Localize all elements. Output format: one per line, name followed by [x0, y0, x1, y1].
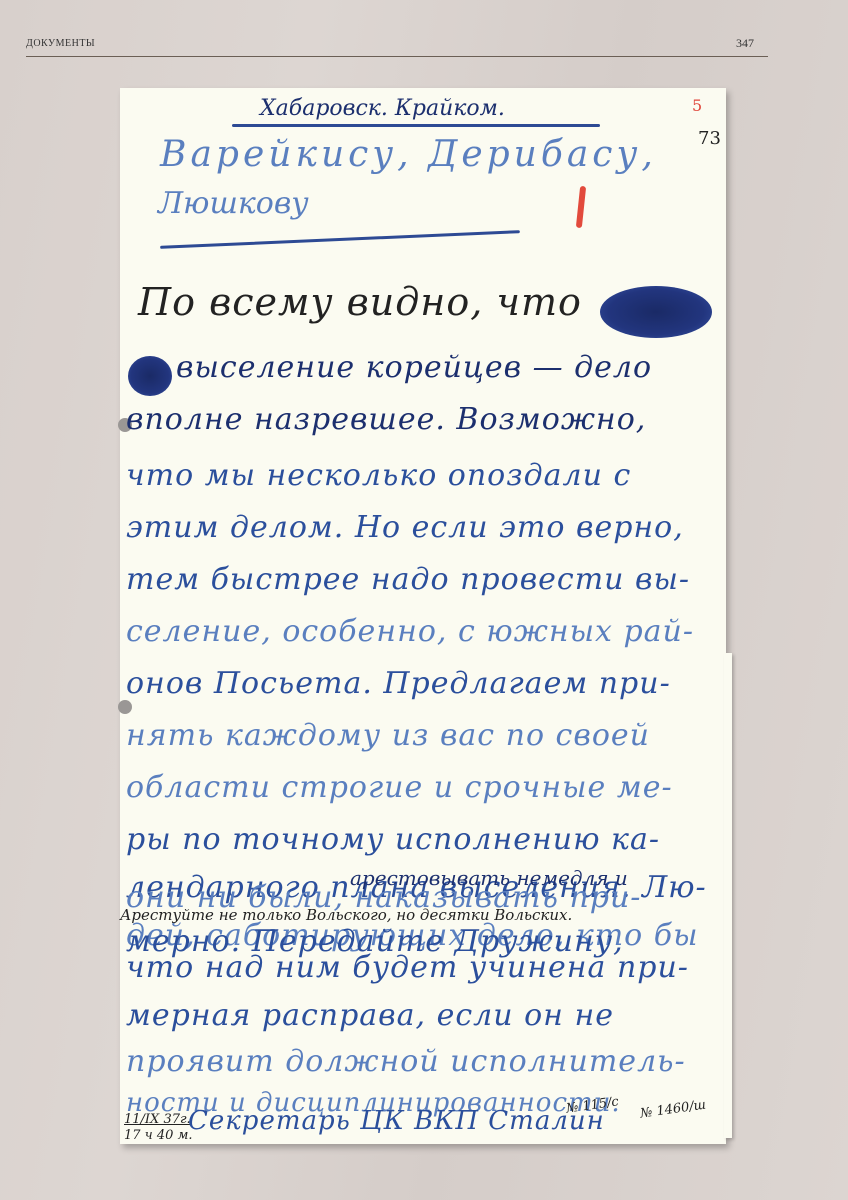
body-line: мерная расправа, если он не — [126, 998, 614, 1033]
signature: Секретарь ЦК ВКП Сталин — [188, 1106, 605, 1136]
body-line: области строгие и срочные ме- — [126, 770, 673, 805]
ink-blot-scribble — [600, 286, 712, 338]
received-time: 17 ч 40 м. — [124, 1128, 192, 1143]
red-pencil-mark — [576, 186, 586, 228]
recipients-line-2: Люшкову — [158, 186, 309, 221]
body-line: нять каждому из вас по своей — [126, 718, 650, 753]
address-line: Хабаровск. Крайком. — [260, 96, 505, 121]
page-number: 347 — [736, 36, 754, 51]
body-line: селение, особенно, с южных рай- — [126, 614, 694, 649]
body-line: тем быстрее надо провести вы- — [126, 562, 690, 597]
torn-edge — [724, 653, 732, 1138]
ink-blot-scribble — [128, 356, 172, 396]
recipients-underline — [160, 230, 520, 249]
punch-hole — [118, 700, 132, 714]
running-head-section: ДОКУМЕНТЫ — [26, 38, 95, 49]
body-line: онов Посьета. Предлагаем при- — [126, 666, 671, 701]
body-line: По всему видно, что — [138, 280, 582, 324]
recipients-line-1: Варейкису, Дерибасу, — [160, 134, 657, 175]
body-line: проявит должной исполнитель- — [126, 1044, 686, 1079]
insertion-black-ink: Арестуйте не только Вольского, но десятк… — [120, 906, 572, 924]
received-date: 11/IX 37г. — [124, 1112, 191, 1127]
body-line: вполне назревшее. Возможно, — [126, 402, 646, 437]
handwritten-document-sheet: Хабаровск. Крайком. 5 73 Варейкису, Дери… — [120, 88, 726, 1144]
body-line: выселение корейцев — дело — [176, 350, 652, 385]
registration-number: № 1460/ш — [639, 1097, 707, 1121]
body-line: что мы несколько опоздали с — [126, 458, 631, 493]
body-line: что над ним будет учинена при- — [126, 950, 689, 985]
address-underline — [232, 124, 600, 127]
archive-mark-red: 5 — [692, 96, 702, 115]
body-line: этим делом. Но если это верно, — [126, 510, 684, 545]
archive-mark-number: 73 — [698, 128, 721, 149]
header-rule — [26, 56, 768, 57]
body-line: ры по точному исполнению ка- — [126, 822, 660, 857]
